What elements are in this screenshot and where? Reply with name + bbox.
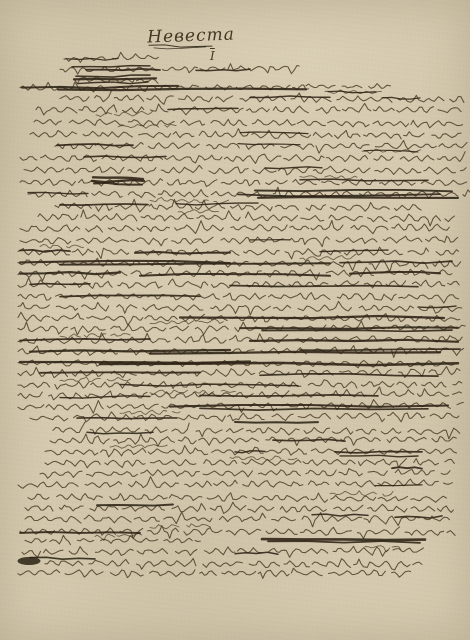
chapter-numeral: I <box>210 49 215 63</box>
manuscript-scan: Невеста I <box>0 0 470 640</box>
manuscript-title: Невеста <box>146 24 237 47</box>
handwriting-ink <box>0 0 470 640</box>
